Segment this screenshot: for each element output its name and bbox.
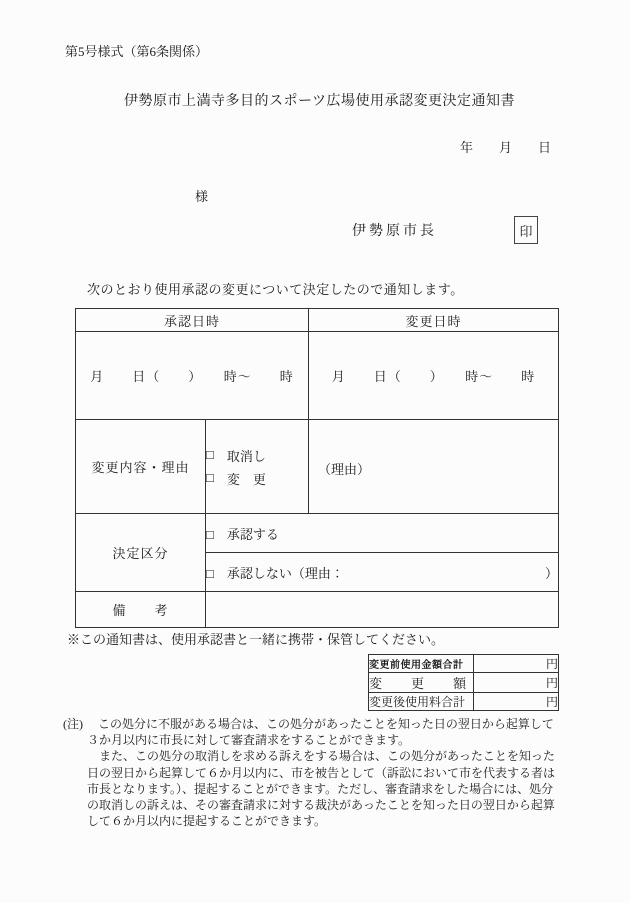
legal-note-line: 市長となります。）、提起することができます。ただし、審査請求をした場合には、処分 — [63, 781, 583, 797]
remarks-cell — [206, 592, 559, 628]
carry-note: ※この通知書は、使用承認書と一緒に携帯・保管してください。 — [67, 629, 444, 648]
seal-label: 印 — [519, 221, 532, 240]
form-number: 第5号様式（第6条関係） — [65, 41, 208, 60]
approved-datetime-cell: 月 日（ ） 時～ 時 — [76, 332, 309, 420]
fee-before-value: 円 — [474, 655, 559, 673]
checkbox-reject-group: □承認しない（理由： — [206, 563, 344, 582]
checkbox-approve[interactable]: □ — [206, 527, 214, 543]
page-title: 伊勢原市上満寺多目的スポーツ広場使用承認変更決定通知書 — [124, 90, 515, 110]
datetime-row: 月 日（ ） 時～ 時 月 日（ ） 時～ 時 — [76, 332, 559, 420]
fee-row-after: 変更後使用料合計 円 — [369, 693, 559, 711]
checkbox-cancel[interactable]: □ — [206, 447, 214, 463]
fee-after-label: 変更後使用料合計 — [369, 693, 474, 711]
checkbox-row-cancel: □ 取消し — [206, 446, 308, 464]
fee-change-label: 変 更 額 — [369, 673, 474, 693]
reason-cell: （理由） — [309, 420, 559, 514]
decision-approve-cell: □承認する — [206, 514, 559, 553]
checkbox-row-change: □ 変 更 — [206, 469, 308, 487]
remarks-label: 備 考 — [76, 592, 206, 628]
fee-before-label: 変更前使用金額合計 — [369, 655, 474, 673]
intro-sentence: 次のとおり使用承認の変更について決定したので通知します。 — [87, 279, 464, 298]
main-table: 承認日時 変更日時 月 日（ ） 時～ 時 月 日（ ） 時～ 時 変更内容・理… — [75, 308, 559, 628]
change-type-cell: □ 取消し □ 変 更 — [206, 420, 309, 514]
checkbox-reject-label: 承認しない（理由： — [227, 566, 344, 581]
seal-box: 印 — [514, 216, 538, 244]
table-header-row: 承認日時 変更日時 — [76, 309, 559, 332]
change-content-label: 変更内容・理由 — [76, 420, 206, 514]
addressee-suffix: 様 — [195, 186, 208, 205]
legal-note-line: して６か月以内に提起することができます。 — [63, 813, 583, 829]
col-header-changed-datetime: 変更日時 — [309, 309, 559, 332]
fee-after-value: 円 — [474, 693, 559, 711]
checkbox-change-label: 変 更 — [227, 469, 266, 488]
reject-reason-close-paren: ） — [545, 563, 558, 582]
decision-reject-cell: □承認しない（理由： ） — [206, 553, 559, 592]
changed-datetime-cell: 月 日（ ） 時～ 時 — [309, 332, 559, 420]
legal-note-line: (注) この処分に不服がある場合は、この処分があったことを知った日の翌日から起算… — [63, 716, 583, 732]
legal-note-line: また、この処分の取消しを求める訴えをする場合は、この処分があったことを知った — [63, 748, 583, 764]
fee-change-value: 円 — [474, 673, 559, 693]
fee-row-change: 変 更 額 円 — [369, 673, 559, 693]
checkbox-change[interactable]: □ — [206, 470, 214, 486]
notice-document-page: 第5号様式（第6条関係） 伊勢原市上満寺多目的スポーツ広場使用承認変更決定通知書… — [0, 0, 630, 903]
checkbox-cancel-label: 取消し — [227, 446, 266, 465]
fee-table: 変更前使用金額合計 円 変 更 額 円 変更後使用料合計 円 — [368, 654, 559, 711]
checkbox-reject[interactable]: □ — [206, 566, 214, 582]
legal-note-line: ３か月以内に市長に対して審査請求をすることができます。 — [63, 732, 583, 748]
reason-label: （理由） — [309, 455, 558, 478]
legal-note-line: の取消しの訴えは、その審査請求に対する裁決があったことを知った日の翌日から起算 — [63, 797, 583, 813]
change-content-row: 変更内容・理由 □ 取消し □ 変 更 （理由） — [76, 420, 559, 514]
legal-note-line: 日の翌日から起算して６か月以内に、市を被告として（訴訟において市を代表する者は — [63, 765, 583, 781]
legal-notes: (注) この処分に不服がある場合は、この処分があったことを知った日の翌日から起算… — [63, 716, 583, 829]
decision-row-approve: 決定区分 □承認する — [76, 514, 559, 553]
remarks-row: 備 考 — [76, 592, 559, 628]
fee-row-before: 変更前使用金額合計 円 — [369, 655, 559, 673]
issue-date-line: 年 月 日 — [460, 137, 551, 156]
checkbox-approve-label: 承認する — [227, 527, 279, 542]
decision-label: 決定区分 — [76, 514, 206, 592]
col-header-approved-datetime: 承認日時 — [76, 309, 309, 332]
issuer-name: 伊勢原市長 — [352, 220, 437, 240]
